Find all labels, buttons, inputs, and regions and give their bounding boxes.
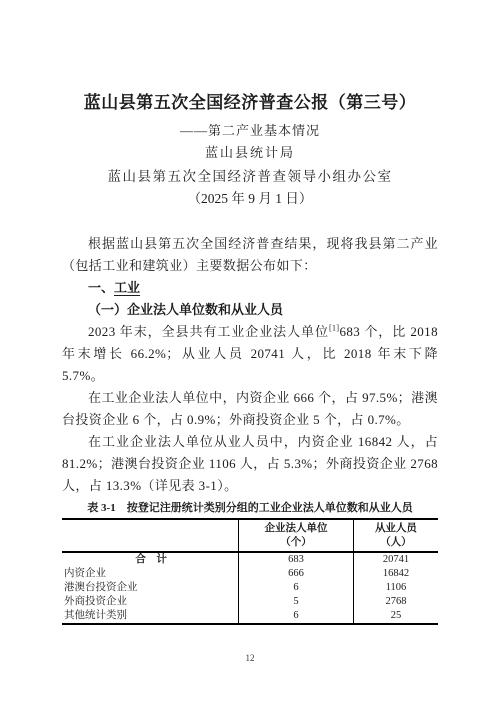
section-number: 一、 (88, 280, 114, 295)
document-subtitle: ——第二产业基本情况 (62, 123, 438, 139)
row-persons-value: 16842 (353, 567, 438, 581)
issuing-org-statistics-bureau: 蓝山县统计局 (62, 145, 438, 161)
row-units-value: 666 (239, 567, 354, 581)
row-units-value: 5 (239, 595, 354, 609)
issuing-org-census-office: 蓝山县第五次全国经济普查领导小组办公室 (62, 168, 438, 185)
row-label: 其他统计类别 (62, 609, 239, 624)
header-cell-employees: 从业人员 （人） (353, 519, 438, 552)
row-persons-value: 2768 (353, 595, 438, 609)
table-row-domestic: 内资企业 666 16842 (62, 567, 438, 581)
section-heading-industry: 一、工业 (62, 277, 438, 299)
paragraph-employees-by-type: 在工业企业法人单位从业人员中，内资企业 16842 人，占 81.2%；港澳台投… (62, 431, 438, 497)
paragraph-units-overview: 2023 年末，全县共有工业企业法人单位[1]683 个，比 2018 年末增长… (62, 321, 438, 387)
table-row-hk-macao-taiwan: 港澳台投资企业 6 1106 (62, 581, 438, 595)
section-title-underlined: 工业 (114, 280, 140, 295)
footnote-marker: [1] (329, 324, 340, 333)
header-employees-line2: （人） (354, 536, 438, 550)
row-label: 合 计 (62, 552, 239, 567)
header-legal-units-line1: 企业法人单位 (239, 522, 353, 536)
table-caption: 表 3-1 按登记注册统计类别分组的工业企业法人单位数和从业人员 (62, 501, 438, 516)
row-units-value: 6 (239, 581, 354, 595)
table-row-foreign: 外商投资企业 5 2768 (62, 595, 438, 609)
row-label: 外商投资企业 (62, 595, 239, 609)
row-persons-value: 25 (353, 609, 438, 624)
paragraph-units-by-type: 在工业企业法人单位中，内资企业 666 个，占 97.5%；港澳台投资企业 6 … (62, 387, 438, 431)
header-legal-units-line2: （个） (239, 536, 353, 550)
page-number: 12 (0, 652, 500, 664)
row-label: 港澳台投资企业 (62, 581, 239, 595)
header-cell-legal-units: 企业法人单位 （个） (239, 519, 354, 552)
table-header-row: 企业法人单位 （个） 从业人员 （人） (62, 519, 438, 552)
page-title: 蓝山县第五次全国经济普查公报（第三号） (62, 92, 438, 114)
header-employees-line1: 从业人员 (354, 522, 438, 536)
row-units-value: 6 (239, 609, 354, 624)
document-page: 蓝山县第五次全国经济普查公报（第三号） ——第二产业基本情况 蓝山县统计局 蓝山… (0, 0, 500, 707)
subsection-heading-legal-units: （一）企业法人单位数和从业人员 (62, 299, 438, 321)
row-persons-value: 1106 (353, 581, 438, 595)
row-units-value: 683 (239, 552, 354, 567)
paragraph-text-before-footnote: 2023 年末，全县共有工业企业法人单位 (88, 324, 329, 339)
table-3-1: 企业法人单位 （个） 从业人员 （人） 合 计 683 20741 内资企业 6… (62, 518, 438, 625)
row-label: 内资企业 (62, 567, 239, 581)
header-cell-blank (62, 519, 239, 552)
table-row-total: 合 计 683 20741 (62, 552, 438, 567)
table-row-other: 其他统计类别 6 25 (62, 609, 438, 624)
publication-date: （2025 年 9 月 1 日） (62, 191, 438, 207)
intro-paragraph: 根据蓝山县第五次全国经济普查结果，现将我县第二产业（包括工业和建筑业）主要数据公… (62, 233, 438, 277)
row-persons-value: 20741 (353, 552, 438, 567)
